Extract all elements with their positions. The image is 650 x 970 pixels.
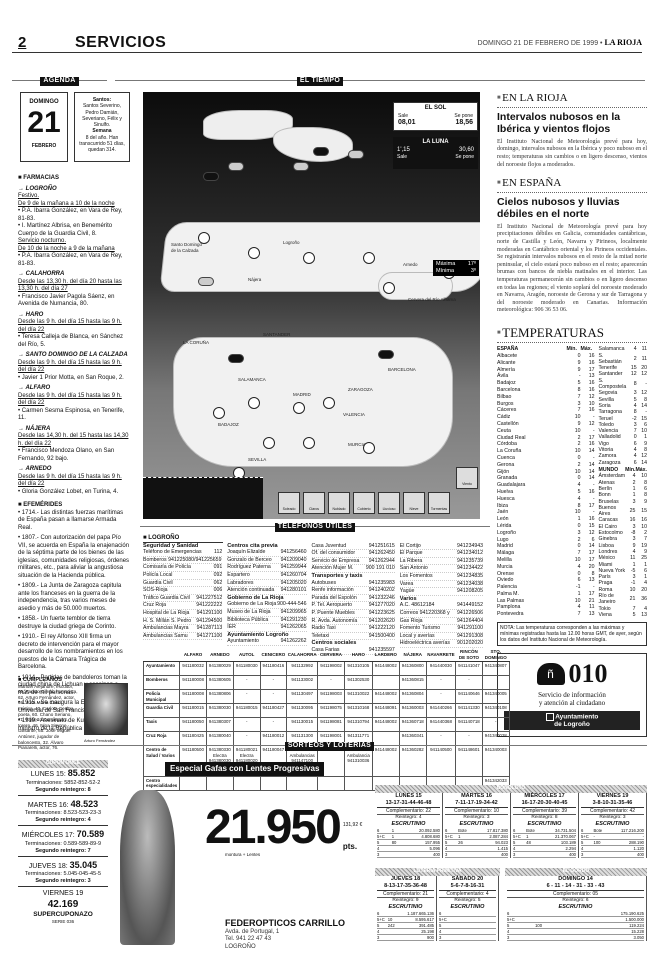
temp-city: S. Sebastián [599,353,627,366]
temp-city: Málaga [497,550,567,557]
temp-min: 0 [567,543,581,550]
phone-number: 092 [214,572,223,579]
once-terminations: Terminaciones: 5852-852-52-2 [18,780,108,787]
temp-row: S. Compostela8- [599,378,647,391]
once-day: MARTES 16: 48.523 [18,799,108,811]
phone-group: Seguridad y Sanidad [143,543,222,550]
phone-cell: 941448002 [372,662,399,676]
town-header: RINCÓN DE SOTO [456,648,483,662]
pharmacy-town: → HARO [18,312,130,320]
temp-max: - [581,584,595,591]
temp-min: 3 [567,529,581,536]
phone-name: Espartero [227,572,250,579]
efemeride-item: • 1910.- El rey Alfonso XIII firma un de… [18,634,130,672]
draw-numbers: 13-17-31-44-46-48 [377,800,440,808]
pharmacy-town: → CALAHORRA [18,271,130,279]
temp-max: 17 [581,591,595,598]
pharmacy-town: → ARNEDO [18,466,130,474]
temp-min: 1 [567,591,581,598]
temp-city: Jaén [497,509,567,516]
escrutinio-table: 65+C543 [439,911,496,941]
temp-max: 16 [581,360,595,367]
temp-row: Ibiza817 [497,502,595,509]
forecast-column: EN LA RIOJA Intervalos nubosos en la Ibé… [497,92,647,737]
phone-name: Cruz Roja [143,602,166,609]
temp-max: 16 [581,489,595,496]
rain-cloud-icon [228,354,244,363]
pharmacy-line: • Gloria González Lobet, en Turina, 4. [18,489,130,497]
max-label: Máxima [436,261,455,268]
temp-row: Burgos310 [497,400,595,407]
phones-col-4: El Cortijo941234943El Parque941234012La … [400,543,483,655]
temp-row: Murcia420 [497,563,595,570]
pharmacies-section: ■ FARMACIAS → LOGROÑOFestivo.De 9 de la … [18,175,130,736]
temp-min: -1 [567,584,581,591]
phone-row: Hospital de La Rioja941291100 [143,610,222,618]
phone-group: Gobierno de La Rioja [227,595,306,602]
once-number: 48.523 [71,799,99,809]
canary-islands [143,477,263,519]
city-label: SANTANDER [263,332,290,338]
spain-body: El Instituto Nacional de Meteorología pr… [497,224,647,315]
phone-cell: 941310168 [344,704,372,718]
phone-cell: 941310022 [344,690,372,704]
phones-tag: TELÉFONOS ÚTILES [275,523,355,532]
temp-row: Oviedo613 [497,577,595,584]
phone-name: Of. del consumidor [312,550,356,557]
birthday-portrait [84,683,128,735]
phone-cell: 941380029 [206,662,233,676]
category: 3 [507,934,535,940]
phone-row: Atención continuada941280101 [227,587,306,595]
temp-city: Las Palmas [497,597,567,604]
temp-row: Las Palmas1021 [497,597,595,604]
temp-max: 15 [635,505,647,518]
temp-min: 25 [625,505,635,518]
phone-row: P. Tel. Aeropuerto941277020 [312,602,395,610]
temp-min: 6 [567,577,581,584]
temp-city: Albacete [497,353,567,360]
pharmacy-line: • Francisco Javier Pagola Sáenz, en Aven… [18,294,130,309]
temp-max: 12 [581,394,595,401]
phone-number: 112 [214,549,222,556]
weather-tag: EL TIEMPO [297,77,343,86]
escrutinio-row: 33.050 [507,934,644,940]
phone-row: Labradores941205020 [227,580,306,588]
phone-name: Servicio de Empresa [312,558,360,565]
escrutinio-table: 6Bote34.731.5045+C121.370.067548103.1894… [513,828,576,858]
pharmacies-title: ■ FARMACIAS [18,175,130,183]
temp-city: Río de Janeiro [599,593,626,606]
phone-cell: 941310794 [344,718,372,732]
draw-complementario: Complementario: 39 [513,808,576,815]
temp-max: 21 [581,597,595,604]
temp-min: 0 [567,570,581,577]
sun-icon [293,402,305,414]
temp-min: 2 [567,536,581,543]
town-phone-row: Guardia Civil941180015941380030941180015… [144,704,510,718]
once-day: JUEVES 18: 35.045 [18,860,108,872]
draw-day: MIÉRCOLES 17 [513,793,576,800]
temp-row: Buenos Aires2515 [599,505,647,518]
temp-row: Melilla1017 [497,557,595,564]
lottery-draw: SÁBADO 205-6-7-8-16-31Complementario: 4R… [437,876,499,941]
temp-city: Palma M. [497,591,567,598]
town-header: AUTOL [233,648,260,662]
temp-row: Castellón912 [497,421,595,428]
phone-cell: 941340807 [482,662,509,676]
phone-row: Tráfico Guardia Civil941227512 [143,595,222,603]
phone-group: Ayuntamiento Logroño [227,632,306,639]
phone-row: Autobuses941235983 [312,580,395,588]
phone-number: 941262944 [369,558,395,565]
once-number: 35.045 [70,860,98,870]
phone-cell: 941198003 [318,690,345,704]
temp-row: Gerona214 [497,462,595,469]
temp-min: 10 [567,414,581,421]
temp-max: 16 [581,441,595,448]
temps-right: Salamanca411S. Sebastián211Tenerife1520S… [599,346,647,618]
temp-extremes: Máxima17º Mínima3º [433,260,479,276]
lottery-draw: LUNES 1513-17-31-44-46-48Complementario:… [375,793,443,858]
service-label: Guardia Civil [144,704,180,718]
temp-min: 8 [567,502,581,509]
temp-max: - [581,482,595,489]
ad-city: LOGROÑO [225,944,365,952]
temp-max: 11 [581,604,595,611]
temp-max: 16 [581,407,595,414]
phone-number: 941271100 [197,633,223,640]
cloud-icon [228,162,244,171]
town-phone-row: Policía Municipal941180008941380806--941… [144,690,510,704]
temp-min: 0 [567,353,581,360]
once-reintegro: Segundo reintegro: 4 [18,817,108,826]
temp-min: 7 [567,611,581,618]
temp-max: - [581,509,595,516]
weather-legend-icon: Nublado [328,492,350,514]
once-day-label: JUEVES 18: [29,863,70,870]
escrutinio-label: ESCRUTINIO [581,821,644,828]
once-number: 70.589 [77,829,105,839]
service-label: Bomberos [144,676,180,690]
escrutinio-row: 3400 [445,851,508,857]
org-line1: Ayuntamiento [555,713,598,720]
spain-kicker: EN ESPAÑA [497,177,647,193]
phone-cell: 941340005 [482,690,509,704]
phone-name: Yagüe [400,588,415,595]
pharmacy-line: • Javier 1 Prior Motta, en San Roque, 2. [18,375,130,383]
phone-name: Museo de La Rioja [227,609,270,616]
phone-cell: 941360003 [399,704,426,718]
winners [593,851,607,857]
phone-cell: 941180015 [180,704,207,718]
city-label: MADRID [293,392,311,398]
phone-cell: 941380307 [206,718,233,732]
phone-row: Teletaxi941500400 [312,633,395,641]
temp-row: Barcelona816 [497,387,595,394]
phone-cell: - [260,718,287,732]
once-number: 85.852 [68,768,96,778]
phone-name: Ambulancias Samu [143,633,188,640]
phone-number: 941260704 [281,572,307,579]
temp-city: Badajoz [497,380,567,387]
phone-number: 941291100 [197,610,223,617]
temp-max: 14 [637,460,647,466]
phone-cell: 941448091 [372,704,399,718]
sunrise-time: 08,01 [398,119,416,128]
weather-header: EL TIEMPO [115,80,645,86]
temp-min: 2 [567,462,581,469]
sun-icon [323,397,335,409]
escrutinio-table: 6175.190.6255+C1.500.0005100119.224415.2… [507,911,644,941]
wind-legend-icon: Viento [456,467,478,489]
temp-city: Guadalajara [497,482,567,489]
temp-max: 14 [581,543,595,550]
phone-row: Gobierno de La Rioja900-444-546 [227,601,306,609]
pharmacy-line: Desde las 13,30 h. del día 20 hasta las … [18,279,130,294]
temp-max: 13 [581,611,595,618]
winners [535,934,560,940]
town-label: Logroño [283,240,300,246]
temp-city: Santander [599,371,627,377]
pharmacy-town: → LOGROÑO [18,186,130,194]
phone-cell: - [233,690,260,704]
temp-city: Lérida [497,523,567,530]
escrutinio-label: ESCRUTINIO [377,821,440,828]
phone-row: Espartero941260704 [227,572,306,580]
prize: 400 [473,851,508,857]
city-label: SEVILLA [248,457,266,463]
temp-city: Ciudad Real [497,434,567,441]
temp-max: 14 [581,448,595,455]
moonrise-label: Sale [397,154,407,160]
draw-day: VIERNES 19 [581,793,644,800]
glasses-ad: Especial Gafas con Lentes Progresivas 21… [165,762,365,951]
prize: 400 [401,851,441,857]
date-text: DOMINGO 21 DE FEBRERO DE 1999 [478,40,599,47]
phone-name: Atención continuada [227,587,274,594]
temp-min: 2 [626,353,636,366]
phone-cell: 941360718 [399,718,426,732]
phone-cell: 941198081 [318,718,345,732]
weather-legend-icon: Soleado [278,492,300,514]
phone-cell: 941180008 [180,690,207,704]
temp-max: 17 [581,557,595,564]
draw-numbers: 6 - 11 - 14 - 31 - 33 - 43 [507,883,644,891]
weather-legend-icon: Claros [303,492,325,514]
phone-name: Los Fomentos [400,573,433,580]
temp-max: 17 [581,434,595,441]
temp-row: Palencia-1- [497,584,595,591]
town-header: NÁJERA [399,648,426,662]
phone-cell: 941140646 [456,690,483,704]
once-friday-number: 42.169 [18,899,108,912]
escrutinio-row: 3400 [581,851,644,857]
phone-name: R. Avda. Autonomía [312,618,358,625]
draw-complementario: Complementario: 22 [377,808,440,815]
phone-cell: 941180030 [233,662,260,676]
phone-row: San Antonio941234422 [400,565,483,573]
phones-city-text: LOGROÑO [148,535,179,541]
phone-number: 006 [214,587,223,594]
once-reintegro: Segundo reintegro: 7 [18,848,108,857]
temp-row: Málaga717 [497,550,595,557]
phone-cell: 941198075 [318,704,345,718]
weather-legend-icon: Tormentas [428,492,450,514]
phone-name: Renfe información [312,587,354,594]
phone-cell: - [426,690,455,704]
phone-number: 941208205 [457,588,483,595]
temp-city: Zaragoza [599,460,627,466]
temp-max: 14 [581,475,595,482]
temp-city: Castellón [497,421,567,428]
category: 3 [377,934,388,940]
temp-row: Alicante916 [497,360,595,367]
temp-min: 10 [567,597,581,604]
temp-row: Granada014 [497,475,595,482]
escrutinio-table: 6120.092.5805+C14.808.680580157.95545.09… [377,828,440,858]
town-phone-row: Ayuntamiento9411800329413800299411800309… [144,662,510,676]
phone-cell: 941130015 [287,718,318,732]
temp-min: 8 [626,378,636,391]
weather-legend-icon: Lluvioso [378,492,400,514]
draw-day: DOMINGO 14 [507,876,644,883]
escrutinio-row: 3 [439,934,496,940]
temp-city: Buenos Aires [599,505,626,518]
phone-number: 941222222 [196,602,222,609]
temp-min: 5 [567,489,581,496]
phone-name: Gobierno de La Rioja [227,601,276,608]
town-phone-row: Bomberos941180008941380605--941133002-94… [144,676,510,690]
phone-number: 941264404 [457,618,483,625]
sun-title: EL SOL [398,105,473,113]
temp-min: 7 [567,407,581,414]
temp-min: 21 [625,593,635,606]
temp-row: Zaragoza614 [599,460,647,466]
efemeride-item: • 1807.- Con autorización del papa Pío V… [18,535,130,580]
temp-max: - [581,414,595,421]
once-reintegro: Segundo reintegro: 8 [18,787,108,796]
draw-complementario: Complementario: 42 [581,808,644,815]
pharmacy-town: → NÁJERA [18,426,130,434]
pharmacy-line: Desde las 9 h. del día 15 hasta las 9 h.… [18,319,130,334]
phone-cell: 941380605 [206,676,233,690]
draw-complementario: Complementario: 05 [507,891,644,898]
bonoloto-title: BONOLOTO [375,785,647,793]
phone-number: 900-444-546 [277,601,306,608]
pharmacy-line: • P.A. Ibarra González, en Vara de Rey, … [18,253,130,268]
ad-brand: FEDEROPTICOS CARRILLO [225,918,365,929]
phone-cell: 941302530 [344,676,372,690]
phone-row: Museo de La Rioja941209965 [227,609,306,617]
phone-number: 062 [214,580,223,587]
rain-cloud-icon [203,172,219,181]
phone-name: Radio Taxi [312,625,336,632]
temp-city: León [497,516,567,523]
town-header: ARNEDO [206,648,233,662]
temp-min: 4 [567,495,581,502]
moonset-time: 30,60 [459,147,474,155]
phones-col-2: Centros cita previaJoaquín Elizalde94125… [227,543,306,655]
temp-row: Pontevedra713 [497,611,595,618]
rioja-headline: Intervalos nubosos en la Ibérica y vient… [497,111,647,135]
ad-price: 21.950 [205,804,340,852]
paper-name: LA RIOJA [604,38,642,47]
phone-row: Radio Taxi941222120 [312,625,395,633]
phone-cell [372,676,399,690]
once-day: LUNES 15: 85.852 [18,768,108,780]
temp-max: - [637,378,647,391]
temp-max: - [581,428,595,435]
temp-min: 10 [567,509,581,516]
phone-row: Ayuntamiento941262262 [227,638,306,646]
lottery-draw: VIERNES 193-8-10-31-35-46Complementario:… [579,793,647,858]
phone-row: Varea941234038 [400,581,483,589]
phone-cell: 941360800 [399,662,426,676]
phone-name: Labradores [227,580,253,587]
phone-row: SOS-Rioja006 [143,587,222,595]
weather-legend-icon: Nieve [403,492,425,514]
phone-name: A.C. 48612184 [400,602,435,609]
once-title: CUPÓN ONCE [18,760,108,768]
service-label: Policía Municipal [144,690,180,704]
phone-name: Teléfono de Emergencias [143,549,202,556]
temp-min: - [567,373,581,380]
temp-city: Cáceres [497,407,567,414]
phone-cell: 941440030 [426,662,455,676]
sun-icon [263,437,275,449]
temp-row: Jaén10- [497,509,595,516]
category: 3 [377,851,392,857]
phone-number: 941226506 [457,610,483,617]
phone-cell: 941380030 [206,704,233,718]
temp-max: 20 [581,563,595,570]
pharmacy-line: De 10 de la noche a 9 de la mañana [18,246,130,254]
phone-cell: 941448002 [372,718,399,732]
once-terminations: Terminaciones: 8.523-523-23-3 [18,810,108,817]
temperatures-table: ESPAÑAMín.Máx.Albacete016Alicante916Alme… [497,346,647,618]
temp-row: Pamplona411 [497,604,595,611]
phone-name: H. S. Millán S. Pedro [143,618,191,625]
escrutinio-label: ESCRUTINIO [377,904,434,911]
once-friday-day: VIERNES 19 [18,890,108,899]
phone-cell: 941440368 [426,718,455,732]
phones-header: TELÉFONOS ÚTILES [140,526,490,532]
page-number: 2 [18,34,26,53]
town-label: Cervera del Río Alhama [408,297,456,303]
temp-max: 13 [581,373,595,380]
primitiva-section: LOTERÍA PRIMITIVA JUEVES 188-13-17-35-36… [375,868,500,941]
temp-max: 8 [581,570,595,577]
temp-city: Lugo [497,536,567,543]
temp-row: Logroño312 [497,529,595,536]
phone-group: Centros sociales [312,640,395,647]
phone-name: Policía Local [143,572,172,579]
phone-number: 941235983 [369,580,395,587]
draw-complementario: Complementario: 21 [377,891,434,898]
temp-city: Huelva [497,489,567,496]
cloud-icon [293,162,309,171]
city-label: VALENCIA [343,412,365,418]
phone-name: SOS-Rioja [143,587,168,594]
phone-cell: 941180050 [180,718,207,732]
pharmacy-line: Servicio nocturno. [18,238,130,246]
moon-times-box: LA LUNA 1',1530,60 SaleSe pone [393,137,478,169]
phone-name: Ayuntamiento [227,638,259,645]
telephone-icon: ñ [537,663,565,685]
city-label: BADAJOZ [218,422,239,428]
phone-row: Comisaría de Policía091 [143,564,222,572]
